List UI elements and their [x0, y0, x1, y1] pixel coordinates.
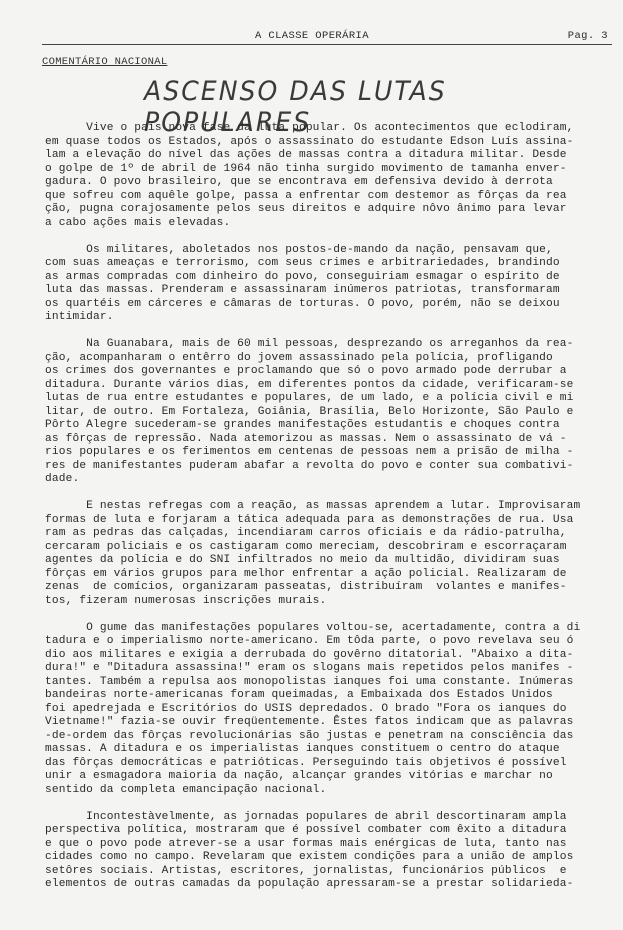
text-line: tadura e o imperialismo norte-americano.…: [45, 635, 615, 649]
text-line: luta das massas. Prenderam e assassinara…: [45, 284, 615, 298]
text-line: formas de luta e forjaram a tática adequ…: [45, 514, 615, 528]
text-line: rios populares e os ferimentos em centen…: [45, 446, 615, 460]
article-paragraph: Vive o país nova fase da luta popular. O…: [45, 122, 615, 230]
text-line: Vietname!" fazia-se ouvir freqüentemente…: [45, 716, 615, 730]
text-line: massas. A ditadura e os imperialistas ia…: [45, 743, 615, 757]
text-line: Pôrto Alegre sucederam-se grandes manife…: [45, 419, 615, 433]
text-line: litar, de outro. Em Fortaleza, Goiânia, …: [45, 406, 615, 420]
text-line: res de manifestantes puderam abafar a re…: [45, 460, 615, 474]
article-paragraph: Os militares, aboletados nos postos-de-m…: [45, 244, 615, 325]
text-line: bandeiras norte-americanas foram queimad…: [45, 689, 615, 703]
text-line: os crimes dos governantes e proclamando …: [45, 365, 615, 379]
publication-title: A CLASSE OPERÁRIA: [255, 30, 369, 42]
text-line: Vive o país nova fase da luta popular. O…: [45, 122, 615, 136]
text-line: cidades como no campo. Revelaram que exi…: [45, 851, 615, 865]
text-line: -de-ordem das fôrças revolucionárias são…: [45, 730, 615, 744]
text-line: intimidar.: [45, 311, 615, 325]
page-header: A CLASSE OPERÁRIA Pag. 3: [42, 30, 612, 45]
article-paragraph: Na Guanabara, mais de 60 mil pessoas, de…: [45, 338, 615, 487]
text-line: zenas de comícios, organizaram passeatas…: [45, 581, 615, 595]
text-line: agentes da polícia e do SNI infiltrados …: [45, 554, 615, 568]
text-line: com suas ameaças e terrorismo, com seus …: [45, 257, 615, 271]
text-line: dio aos militares e exigia a derrubada d…: [45, 649, 615, 663]
text-line: foi apedrejada e Escritórios do USIS dep…: [45, 703, 615, 717]
text-line: os quartéis em cárceres e câmaras de tor…: [45, 298, 615, 312]
text-line: em quase todos os Estados, após o assass…: [45, 136, 615, 150]
text-line: cercaram policiais e os castigaram como …: [45, 541, 615, 555]
text-line: E nestas refregas com a reação, as massa…: [45, 500, 615, 514]
text-line: as armas compradas com dinheiro do povo,…: [45, 271, 615, 285]
article-paragraph: E nestas refregas com a reação, as massa…: [45, 500, 615, 608]
text-line: tos, fizeram numerosas inscrições murais…: [45, 595, 615, 609]
text-line: o golpe de 1º de abril de 1964 não tinha…: [45, 163, 615, 177]
text-line: dade.: [45, 473, 615, 487]
text-line: tantes. Também a repulsa aos monopolista…: [45, 676, 615, 690]
text-line: perspectiva política, mostraram que é po…: [45, 824, 615, 838]
text-line: ção, pugna corajosamente pelos seus dire…: [45, 203, 615, 217]
text-line: fôrças em vários grupos para melhor enfr…: [45, 568, 615, 582]
text-line: ção, acompanharam o entêrro do jovem ass…: [45, 352, 615, 366]
article-paragraph: Incontestàvelmente, as jornadas populare…: [45, 811, 615, 892]
article-paragraph: O gume das manifestações populares volto…: [45, 622, 615, 798]
text-line: lutas de rua entre estudantes e populare…: [45, 392, 615, 406]
text-line: lam a elevação do nível das ações de mas…: [45, 149, 615, 163]
text-line: ditadura. Durante vários dias, em difere…: [45, 379, 615, 393]
text-line: unir a esmagadora maioria da nação, alca…: [45, 770, 615, 784]
text-line: Incontestàvelmente, as jornadas populare…: [45, 811, 615, 825]
text-line: a cabo ações mais elevadas.: [45, 217, 615, 231]
text-line: elementos de outras camadas da população…: [45, 878, 615, 892]
page-number: Pag. 3: [568, 30, 608, 42]
text-line: das fôrças democráticas e patrióticas. P…: [45, 757, 615, 771]
text-line: Os militares, aboletados nos postos-de-m…: [45, 244, 615, 258]
text-line: gadura. O povo brasileiro, que se encont…: [45, 176, 615, 190]
text-line: e que o povo pode atrever-se a usar form…: [45, 838, 615, 852]
text-line: ram as pedras das calçadas, incendiaram …: [45, 527, 615, 541]
article-body: Vive o país nova fase da luta popular. O…: [45, 122, 615, 905]
text-line: O gume das manifestações populares volto…: [45, 622, 615, 636]
document-page: A CLASSE OPERÁRIA Pag. 3 COMENTÁRIO NACI…: [0, 0, 623, 930]
text-line: as fôrças de repressão. Nada atemorizou …: [45, 433, 615, 447]
text-line: sentido da completa emancipação nacional…: [45, 784, 615, 798]
text-line: que sofreu com aquêle golpe, passa a enf…: [45, 190, 615, 204]
section-label: COMENTÁRIO NACIONAL: [42, 56, 167, 68]
text-line: setôres sociais. Artistas, escritores, j…: [45, 865, 615, 879]
text-line: dura!" e "Ditadura assassina!" eram os s…: [45, 662, 615, 676]
text-line: Na Guanabara, mais de 60 mil pessoas, de…: [45, 338, 615, 352]
